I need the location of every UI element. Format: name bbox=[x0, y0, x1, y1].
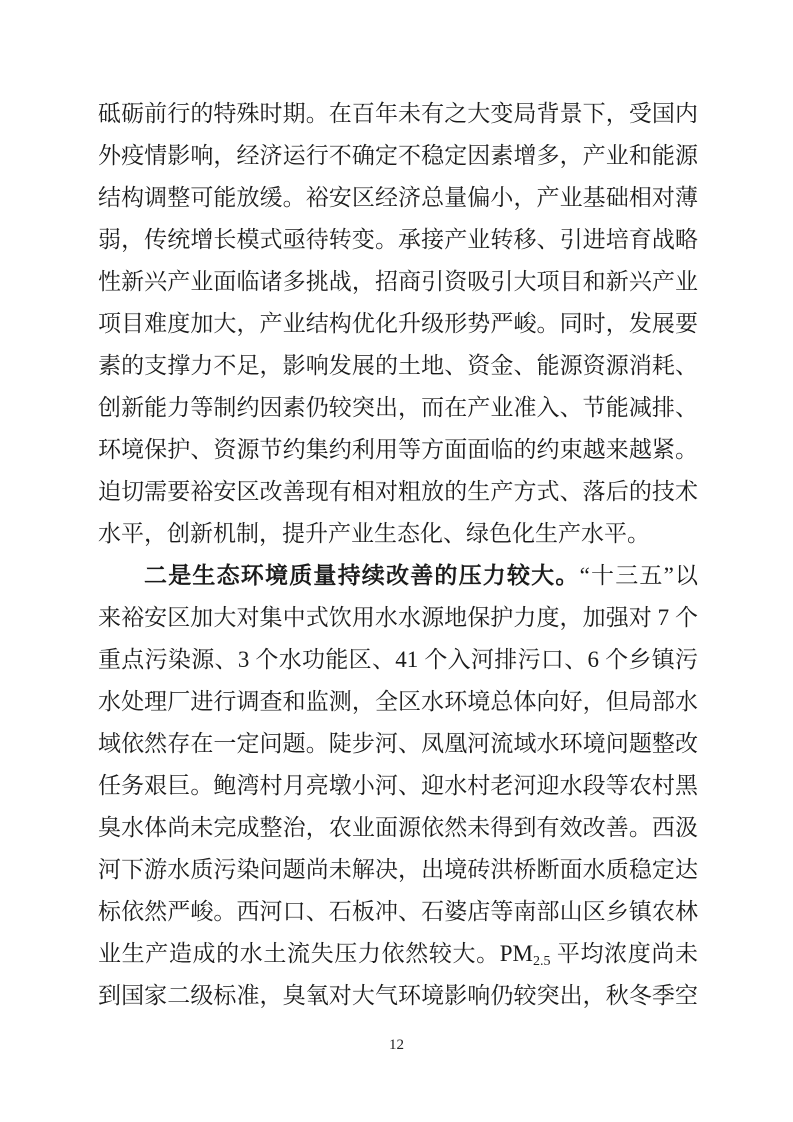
text-segment: 外疫情影响，经济运行不确定不稳定因素增多，产业和能源 bbox=[98, 143, 698, 168]
text-segment: 标依然严峻。西河口、石板冲、石婆店等南部山区乡镇农林 bbox=[98, 899, 698, 924]
document-page: 砥砺前行的特殊时期。在百年未有之大变局背景下，受国内外疫情影响，经济运行不确定不… bbox=[0, 0, 793, 1122]
text-line: 性新兴产业面临诸多挑战，招商引资吸引大项目和新兴产业 bbox=[98, 261, 698, 303]
text-line: 臭水体尚未完成整治，农业面源依然未得到有效改善。西汲 bbox=[98, 807, 698, 849]
bold-text-segment: 二是生态环境质量持续改善的压力较大。 bbox=[144, 563, 580, 588]
text-line: 结构调整可能放缓。裕安区经济总量偏小，产业基础相对薄 bbox=[98, 177, 698, 219]
text-line: 迫切需要裕安区改善现有相对粗放的生产方式、落后的技术 bbox=[98, 471, 698, 513]
text-line: 环境保护、资源节约集约利用等方面面临的约束越来越紧。 bbox=[98, 429, 698, 471]
text-line: 创新能力等制约因素仍较突出，而在产业准入、节能减排、 bbox=[98, 387, 698, 429]
text-segment: 水平，创新机制，提升产业生态化、绿色化生产水平。 bbox=[98, 521, 650, 546]
text-line: 重点污染源、3 个水功能区、41 个入河排污口、6 个乡镇污 bbox=[98, 639, 698, 681]
subscript-text: 2.5 bbox=[533, 954, 551, 969]
text-segment: 迫切需要裕安区改善现有相对粗放的生产方式、落后的技术 bbox=[98, 479, 698, 504]
text-body: 砥砺前行的特殊时期。在百年未有之大变局背景下，受国内外疫情影响，经济运行不确定不… bbox=[98, 93, 698, 1017]
page-number: 12 bbox=[0, 1037, 793, 1054]
text-segment: 创新能力等制约因素仍较突出，而在产业准入、节能减排、 bbox=[98, 395, 698, 420]
text-line: 水平，创新机制，提升产业生态化、绿色化生产水平。 bbox=[98, 513, 698, 555]
text-segment: 域依然存在一定问题。陡步河、凤凰河流域水环境问题整改 bbox=[98, 731, 698, 756]
text-segment: “十三五”以 bbox=[580, 563, 698, 588]
text-line: 标依然严峻。西河口、石板冲、石婆店等南部山区乡镇农林 bbox=[98, 891, 698, 933]
text-segment: 弱，传统增长模式亟待转变。承接产业转移、引进培育战略 bbox=[98, 227, 698, 252]
text-segment: 河下游水质污染问题尚未解决，出境砖洪桥断面水质稳定达 bbox=[98, 857, 698, 882]
text-segment: 砥砺前行的特殊时期。在百年未有之大变局背景下，受国内 bbox=[98, 101, 698, 126]
text-line: 域依然存在一定问题。陡步河、凤凰河流域水环境问题整改 bbox=[98, 723, 698, 765]
text-segment: 性新兴产业面临诸多挑战，招商引资吸引大项目和新兴产业 bbox=[98, 269, 698, 294]
text-line: 项目难度加大，产业结构优化升级形势严峻。同时，发展要 bbox=[98, 303, 698, 345]
text-line: 业生产造成的水土流失压力依然较大。PM2.5 平均浓度尚未达 bbox=[98, 933, 698, 975]
text-segment: 重点污染源、3 个水功能区、41 个入河排污口、6 个乡镇污 bbox=[98, 647, 698, 672]
text-segment: 业生产造成的水土流失压力依然较大。PM bbox=[98, 941, 533, 966]
text-segment: 水处理厂进行调查和监测，全区水环境总体向好，但局部水 bbox=[98, 689, 698, 714]
text-line: 任务艰巨。鲍湾村月亮墩小河、迎水村老河迎水段等农村黑 bbox=[98, 765, 698, 807]
text-segment: 来裕安区加大对集中式饮用水水源地保护力度，加强对 7 个 bbox=[98, 605, 698, 630]
text-line: 弱，传统增长模式亟待转变。承接产业转移、引进培育战略 bbox=[98, 219, 698, 261]
text-segment: 到国家二级标准，臭氧对大气环境影响仍较突出，秋冬季空 bbox=[98, 983, 698, 1008]
text-line: 到国家二级标准，臭氧对大气环境影响仍较突出，秋冬季空 bbox=[98, 975, 698, 1017]
text-line: 外疫情影响，经济运行不确定不稳定因素增多，产业和能源 bbox=[98, 135, 698, 177]
text-segment: 项目难度加大，产业结构优化升级形势严峻。同时，发展要 bbox=[98, 311, 698, 336]
text-line: 来裕安区加大对集中式饮用水水源地保护力度，加强对 7 个 bbox=[98, 597, 698, 639]
text-segment: 结构调整可能放缓。裕安区经济总量偏小，产业基础相对薄 bbox=[98, 185, 698, 210]
text-line: 二是生态环境质量持续改善的压力较大。“十三五”以 bbox=[98, 555, 698, 597]
text-segment: 素的支撑力不足，影响发展的土地、资金、能源资源消耗、 bbox=[98, 353, 698, 378]
text-line: 砥砺前行的特殊时期。在百年未有之大变局背景下，受国内 bbox=[98, 93, 698, 135]
text-segment: 任务艰巨。鲍湾村月亮墩小河、迎水村老河迎水段等农村黑 bbox=[98, 773, 698, 798]
text-line: 水处理厂进行调查和监测，全区水环境总体向好，但局部水 bbox=[98, 681, 698, 723]
text-line: 素的支撑力不足，影响发展的土地、资金、能源资源消耗、 bbox=[98, 345, 698, 387]
text-segment: 环境保护、资源节约集约利用等方面面临的约束越来越紧。 bbox=[98, 437, 698, 462]
text-segment: 臭水体尚未完成整治，农业面源依然未得到有效改善。西汲 bbox=[98, 815, 698, 840]
text-line: 河下游水质污染问题尚未解决，出境砖洪桥断面水质稳定达 bbox=[98, 849, 698, 891]
